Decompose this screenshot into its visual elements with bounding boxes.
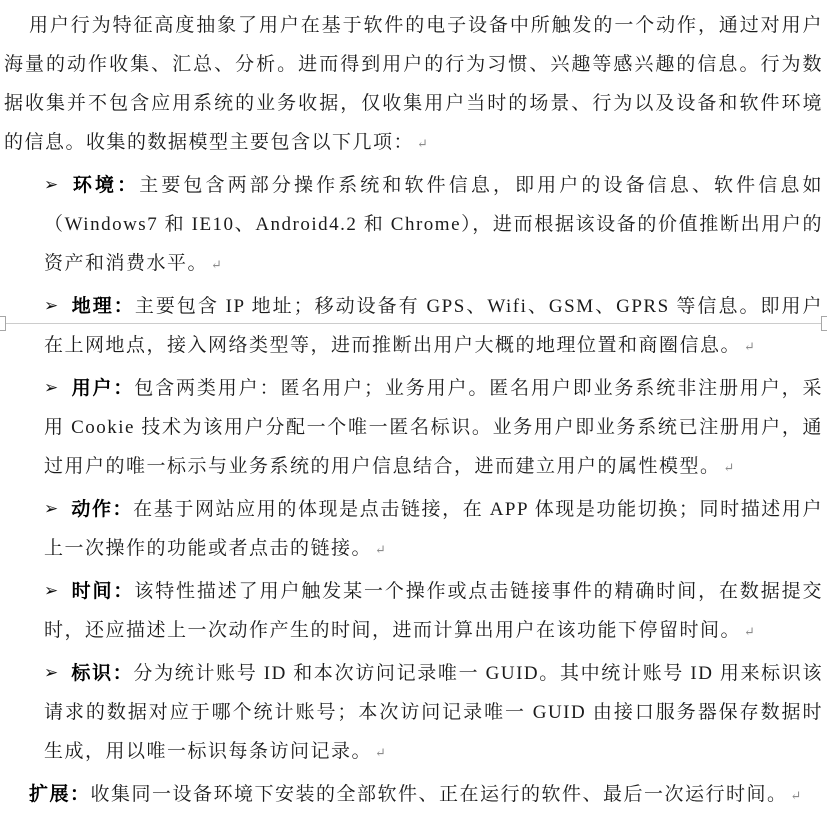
term-label: 地理： <box>71 296 135 317</box>
extension-text: 收集同一设备环境下安装的全部软件、正在运行的软件、最后一次运行时间。 <box>91 784 788 805</box>
data-model-list: ➢环境：主要包含两部分操作系统和软件信息，即用户的设备信息、软件信息如（Wind… <box>4 166 823 772</box>
arrow-bullet-icon: ➢ <box>44 571 58 610</box>
paragraph-mark-icon: ↵ <box>417 136 428 151</box>
term-label: 时间： <box>71 581 134 602</box>
list-item-action: ➢动作：在基于网站应用的体现是点击链接，在 APP 体现是功能切换；同时描述用户… <box>4 490 823 569</box>
term-label: 用户： <box>71 378 134 399</box>
item-text: 主要包含 IP 地址；移动设备有 GPS、Wifi、GSM、GPRS 等信息。即… <box>44 296 823 356</box>
paragraph-mark-icon: ↵ <box>375 745 386 760</box>
term-label: 动作： <box>71 499 133 520</box>
item-text: 在基于网站应用的体现是点击链接，在 APP 体现是功能切换；同时描述用户上一次操… <box>44 499 823 559</box>
arrow-bullet-icon: ➢ <box>44 489 58 528</box>
paragraph-mark-icon: ↵ <box>724 460 735 475</box>
paragraph-mark-icon: ↵ <box>375 542 386 557</box>
arrow-bullet-icon: ➢ <box>44 165 58 204</box>
arrow-bullet-icon: ➢ <box>44 286 58 325</box>
extension-paragraph: 扩展：收集同一设备环境下安装的全部软件、正在运行的软件、最后一次运行时间。↵ <box>4 775 823 815</box>
list-item-user: ➢用户：包含两类用户：匿名用户；业务用户。匿名用户即业务系统非注册用户，采用 C… <box>4 369 823 487</box>
list-item-environment: ➢环境：主要包含两部分操作系统和软件信息，即用户的设备信息、软件信息如（Wind… <box>4 166 823 284</box>
list-item-geography: ➢地理：主要包含 IP 地址；移动设备有 GPS、Wifi、GSM、GPRS 等… <box>4 287 823 366</box>
paragraph-mark-icon: ↵ <box>744 624 755 639</box>
item-text: 包含两类用户：匿名用户；业务用户。匿名用户即业务系统非注册用户，采用 Cooki… <box>44 378 823 477</box>
intro-paragraph: 用户行为特征高度抽象了用户在基于软件的电子设备中所触发的一个动作，通过对用户海量… <box>4 6 823 163</box>
arrow-bullet-icon: ➢ <box>44 368 58 407</box>
paragraph-mark-icon: ↵ <box>744 339 755 354</box>
paragraph-mark-icon: ↵ <box>791 788 802 803</box>
item-text: 该特性描述了用户触发某一个操作或点击链接事件的精确时间，在数据提交时，还应描述上… <box>44 581 823 641</box>
document-page[interactable]: 用户行为特征高度抽象了用户在基于软件的电子设备中所触发的一个动作，通过对用户海量… <box>0 0 827 827</box>
intro-text: 用户行为特征高度抽象了用户在基于软件的电子设备中所触发的一个动作，通过对用户海量… <box>4 15 823 153</box>
item-text: 主要包含两部分操作系统和软件信息，即用户的设备信息、软件信息如（Windows7… <box>44 175 823 274</box>
arrow-bullet-icon: ➢ <box>44 653 58 692</box>
term-label: 扩展： <box>29 784 91 805</box>
list-item-identifier: ➢标识：分为统计账号 ID 和本次访问记录唯一 GUID。其中统计账号 ID 用… <box>4 654 823 772</box>
paragraph-mark-icon: ↵ <box>211 257 222 272</box>
item-text: 分为统计账号 ID 和本次访问记录唯一 GUID。其中统计账号 ID 用来标识该… <box>44 663 823 762</box>
list-item-time: ➢时间：该特性描述了用户触发某一个操作或点击链接事件的精确时间，在数据提交时，还… <box>4 572 823 651</box>
term-label: 环境： <box>71 175 139 196</box>
term-label: 标识： <box>71 663 133 684</box>
